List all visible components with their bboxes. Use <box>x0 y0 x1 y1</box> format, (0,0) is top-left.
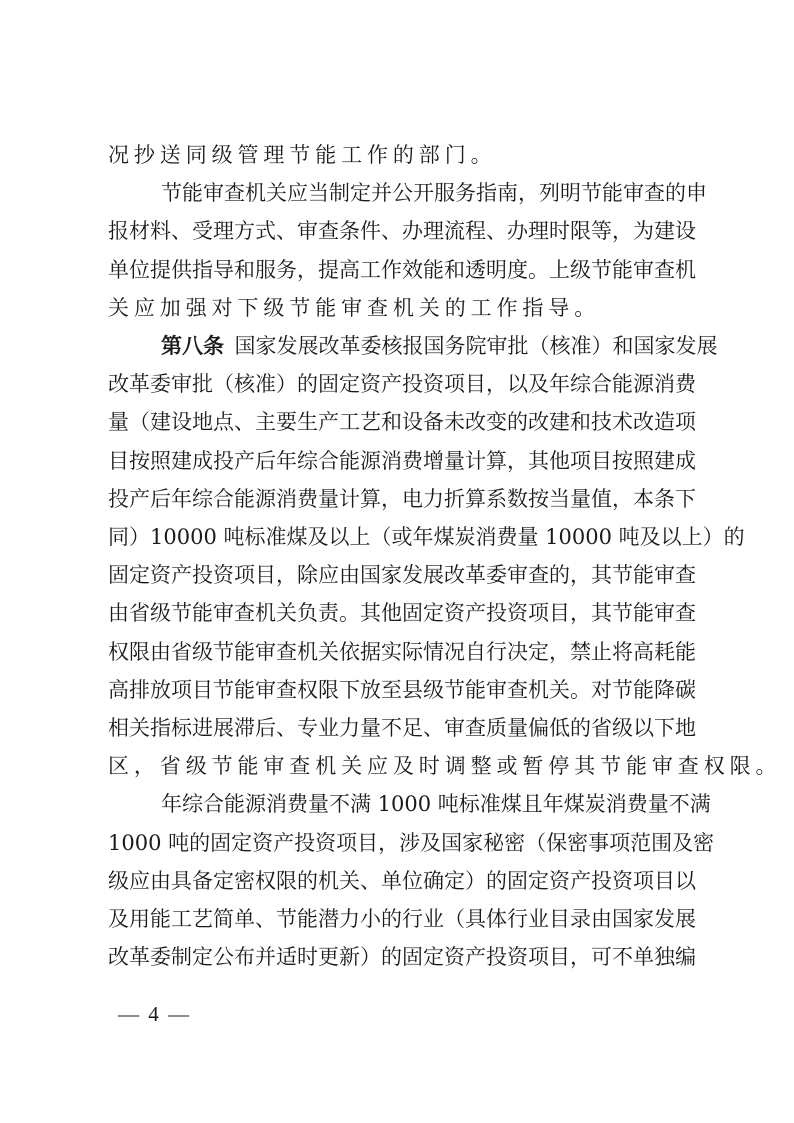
text-line: 1000 吨的固定资产投资项目，涉及国家秘密（保密事项范围及密 <box>108 824 692 862</box>
text-line: 同）10000 吨标准煤及以上（或年煤炭消费量 10000 吨及以上）的 <box>108 518 692 556</box>
article-text: 国家发展改革委核报国务院审批（核准）和国家发展 <box>235 334 718 358</box>
text-line: 由省级节能审查机关负责。其他固定资产投资项目，其节能审查 <box>108 594 692 632</box>
text-line: 关应加强对下级节能审查机关的工作指导。 <box>108 289 692 327</box>
text-line: 固定资产投资项目，除应由国家发展改革委审查的，其节能审查 <box>108 556 692 594</box>
text-line: 报材料、受理方式、审查条件、办理流程、办理时限等，为建设 <box>108 212 692 250</box>
text-line: 改革委制定公布并适时更新）的固定资产投资项目，可不单独编 <box>108 938 692 976</box>
document-body: 况抄送同级管理节能工作的部门。 节能审查机关应当制定并公开服务指南，列明节能审查… <box>108 136 692 976</box>
article-label: 第八条 <box>161 334 224 358</box>
paragraph-4: 年综合能源消费量不满 1000 吨标准煤且年煤炭消费量不满 1000 吨的固定资… <box>108 785 692 976</box>
text-line: 投产后年综合能源消费量计算，电力折算系数按当量值，本条下 <box>108 480 692 518</box>
text-line: 级应由具备定密权限的机关、单位确定）的固定资产投资项目以 <box>108 862 692 900</box>
text-line: 目按照建成投产后年综合能源消费增量计算，其他项目按照建成 <box>108 442 692 480</box>
text-line: 改革委审批（核准）的固定资产投资项目，以及年综合能源消费 <box>108 365 692 403</box>
text-line: 年综合能源消费量不满 1000 吨标准煤且年煤炭消费量不满 <box>108 785 692 823</box>
text-line: 况抄送同级管理节能工作的部门。 <box>108 136 692 174</box>
article-8: 第八条 国家发展改革委核报国务院审批（核准）和国家发展 改革委审批（核准）的固定… <box>108 327 692 785</box>
page-number: — 4 — <box>118 1002 191 1027</box>
paragraph-1: 况抄送同级管理节能工作的部门。 <box>108 136 692 174</box>
text-line: 相关指标进展滞后、专业力量不足、审查质量偏低的省级以下地 <box>108 709 692 747</box>
text-line: 权限由省级节能审查机关依据实际情况自行决定，禁止将高耗能 <box>108 633 692 671</box>
text-line: 节能审查机关应当制定并公开服务指南，列明节能审查的申 <box>108 174 692 212</box>
text-line: 单位提供指导和服务，提高工作效能和透明度。上级节能审查机 <box>108 251 692 289</box>
text-line: 第八条 国家发展改革委核报国务院审批（核准）和国家发展 <box>108 327 692 365</box>
text-line: 区，省级节能审查机关应及时调整或暂停其节能审查权限。 <box>108 747 692 785</box>
paragraph-2: 节能审查机关应当制定并公开服务指南，列明节能审查的申 报材料、受理方式、审查条件… <box>108 174 692 327</box>
text-line: 高排放项目节能审查权限下放至县级节能审查机关。对节能降碳 <box>108 671 692 709</box>
text-line: 及用能工艺简单、节能潜力小的行业（具体行业目录由国家发展 <box>108 900 692 938</box>
text-line: 量（建设地点、主要生产工艺和设备未改变的改建和技术改造项 <box>108 403 692 441</box>
